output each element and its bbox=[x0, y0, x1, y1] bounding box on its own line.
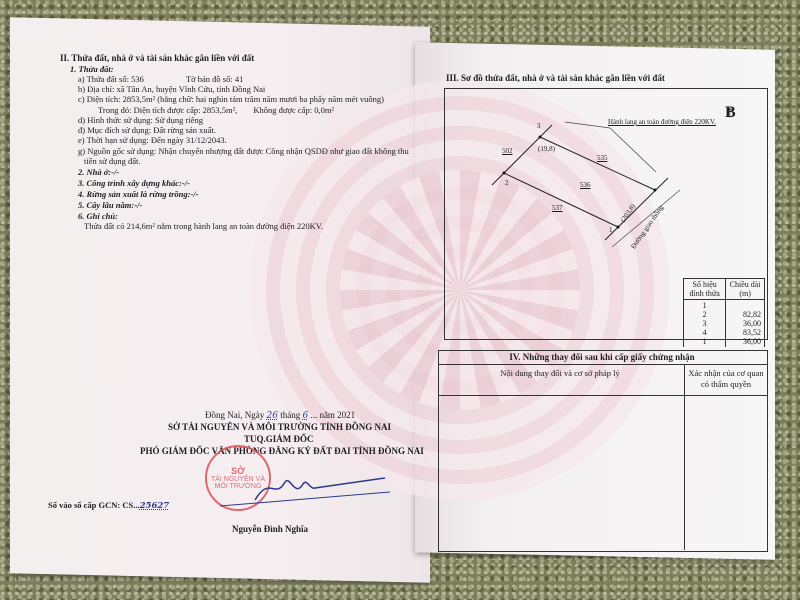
origin-line1: g) Nguồn gốc sử dụng: Nhận chuyển nhượng… bbox=[78, 146, 409, 157]
registry-label: Số vào sổ cấp GCN: CS bbox=[48, 500, 133, 510]
date-month-label: tháng bbox=[280, 410, 300, 420]
area: c) Diện tích: 2853,5m² (bằng chữ: hai ng… bbox=[78, 94, 384, 105]
divider bbox=[684, 364, 685, 550]
issue-date: Đồng Nai, Ngày 26 tháng 6 ... năm 2021 bbox=[205, 410, 355, 422]
address: b) Địa chỉ: xã Tân An, huyện Vĩnh Cửu, t… bbox=[78, 84, 265, 95]
parcel-no-label: a) Thửa đất số: bbox=[78, 74, 129, 84]
notes-text: Thửa đất có 214,6m² nằm trong hành lang … bbox=[84, 221, 323, 232]
usage-form: d) Hình thức sử dụng: Sử dụng riêng bbox=[78, 115, 203, 126]
parcel-no-row: a) Thửa đất số: 536 Tờ bản đồ số: 41 bbox=[78, 74, 243, 85]
edge-table-header-vertex: Số hiệu đỉnh thửa bbox=[684, 279, 726, 300]
edge-table-vertices: 12341 bbox=[684, 300, 726, 348]
area-breakdown: Trong đó: Diện tích được cấp: 2853,5m², … bbox=[98, 105, 334, 116]
registry-row: Số vào sổ cấp GCN: CS...25627 bbox=[48, 500, 169, 512]
north-arrow-icon: ↑B bbox=[726, 108, 736, 119]
map-sheet: 41 bbox=[235, 74, 244, 84]
date-month: 6 bbox=[302, 411, 308, 421]
house: 2. Nhà ở:-/- bbox=[78, 167, 119, 178]
corridor-label: Hành lang an toàn đường điện 220KV. bbox=[608, 117, 716, 128]
divider bbox=[438, 364, 767, 365]
usage-purpose: đ) Mục đích sử dụng: Đất rừng sản xuất. bbox=[78, 125, 216, 136]
dim-top: (19,8) bbox=[538, 144, 555, 155]
signer-title: PHÓ GIÁM ĐỐC VĂN PHÒNG ĐĂNG KÝ ĐẤT ĐAI T… bbox=[140, 446, 424, 457]
divider bbox=[438, 395, 767, 396]
plantation-forest: 4. Rừng sản xuất là rừng trồng:-/- bbox=[78, 189, 198, 200]
signature bbox=[215, 470, 395, 510]
vertex-1: 1 bbox=[609, 225, 613, 236]
registry-no: 25627 bbox=[140, 501, 170, 511]
map-sheet-label: Tờ bản đồ số: bbox=[186, 74, 233, 84]
neighbor-502: 502 bbox=[502, 146, 513, 157]
parcel-label: 536 bbox=[580, 180, 591, 191]
changes-col2: Xác nhận của cơ quan có thẩm quyền bbox=[686, 368, 766, 389]
date-prefix: Đồng Nai, Ngày bbox=[205, 410, 264, 420]
on-behalf: TUQ.GIÁM ĐỐC bbox=[244, 434, 314, 445]
vertex-3: 3 bbox=[537, 121, 541, 132]
date-year: ... năm 2021 bbox=[310, 410, 355, 420]
usage-term: e) Thời hạn sử dụng: Đến ngày 31/12/2043… bbox=[78, 135, 227, 146]
signer-name: Nguyễn Đình Nghĩa bbox=[232, 524, 308, 535]
area-not-granted: Không được cấp: 0,0m² bbox=[253, 105, 334, 115]
neighbor-537: 537 bbox=[552, 203, 563, 214]
parcel-no: 536 bbox=[131, 74, 144, 84]
area-granted: Trong đó: Diện tích được cấp: 2853,5m², bbox=[98, 105, 237, 115]
agency: SỞ TÀI NGUYÊN VÀ MÔI TRƯỜNG TỈNH ĐỒNG NA… bbox=[168, 422, 391, 433]
edge-table-header-length: Chiều dài (m) bbox=[726, 279, 765, 300]
notes-heading: 6. Ghi chú: bbox=[78, 211, 118, 222]
land-heading: 1. Thửa đất: bbox=[70, 64, 114, 75]
neighbor-535: 535 bbox=[597, 153, 608, 164]
section4-title: IV. Những thay đổi sau khi cấp giấy chứn… bbox=[438, 352, 766, 363]
edge-table: Số hiệu đỉnh thửa Chiều dài (m) 12341 82… bbox=[683, 278, 765, 347]
other-construction: 3. Công trình xây dựng khác:-/- bbox=[78, 178, 190, 189]
section2-title: II. Thửa đất, nhà ở và tài sản khác gắn … bbox=[60, 53, 254, 64]
edge-table-lengths: 82,8236,0083,5236,00 bbox=[726, 300, 765, 348]
changes-col1: Nội dung thay đổi và cơ sở pháp lý bbox=[440, 368, 680, 379]
origin-line2: tiền sử dụng đất. bbox=[84, 156, 141, 167]
perennial-trees: 5. Cây lâu năm:-/- bbox=[78, 200, 142, 211]
vertex-2: 2 bbox=[505, 178, 509, 189]
section3-title: III. Sơ đồ thửa đất, nhà ở và tài sản kh… bbox=[446, 73, 665, 84]
date-day: 26 bbox=[267, 411, 278, 421]
